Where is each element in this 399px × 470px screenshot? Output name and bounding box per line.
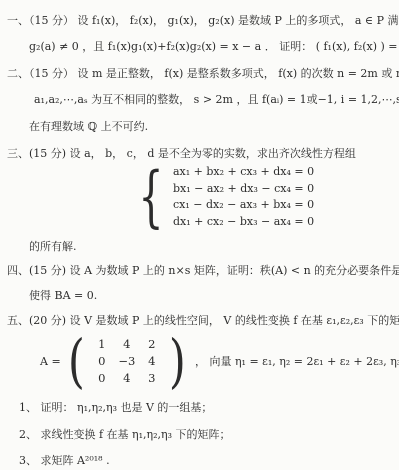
- problem-2-line-3: 在有理数域 ℚ 上不可约.: [29, 119, 148, 134]
- problem-5-subquestion-2: 2、 求线性变换 f 在基 η₁,η₂,η₃ 下的矩阵；: [19, 427, 231, 442]
- matrix-cell: 0: [89, 355, 114, 368]
- equation-list: ax₁ + bx₂ + cx₃ + dx₄ = 0 bx₁ − ax₂ + dx…: [173, 164, 314, 230]
- matrix-a: 1 4 2 0 −3 4 0 4 3: [89, 338, 164, 385]
- exam-document-page: 一、（15 分） 设 f₁(x)， f₂(x)， g₁(x)， g₂(x) 是数…: [0, 0, 399, 470]
- matrix-cell: 4: [139, 355, 164, 368]
- matrix-cell: 4: [114, 338, 139, 351]
- matrix-paren-right: ): [169, 332, 186, 390]
- matrix-paren-left: (: [68, 332, 85, 390]
- equation-3: cx₁ − dx₂ − ax₃ + bx₄ = 0: [173, 197, 314, 214]
- problem-3-line-1: 三、(15 分) 设 a， b， c， d 是不全为零的实数，求出齐次线性方程组: [7, 146, 356, 161]
- equation-1: ax₁ + bx₂ + cx₃ + dx₄ = 0: [173, 164, 314, 181]
- problem-5-line-1: 五、(20 分) 设 V 是数域 P 上的线性空间， V 的线性变换 f 在基 …: [7, 313, 399, 328]
- matrix-cell: 1: [89, 338, 114, 351]
- system-left-brace: {: [138, 164, 163, 230]
- matrix-lhs-label: A =: [40, 354, 61, 369]
- matrix-cell: 3: [139, 372, 164, 385]
- problem-5-subquestion-1: 1、 证明： η₁,η₂,η₃ 也是 V 的一组基；: [19, 400, 212, 415]
- problem-4-line-1: 四、(15 分) 设 A 为数域 P 上的 n×s 矩阵，证明：秩(A) < n…: [7, 263, 399, 278]
- matrix-cell: −3: [114, 355, 139, 368]
- problem-1-line-1: 一、（15 分） 设 f₁(x)， f₂(x)， g₁(x)， g₂(x) 是数…: [7, 13, 399, 28]
- problem-2-line-1: 二、（15 分） 设 m 是正整数， f(x) 是整系数多项式， f(x) 的次…: [7, 66, 399, 81]
- matrix-cell: 0: [89, 372, 114, 385]
- matrix-cell: 4: [114, 372, 139, 385]
- problem-5-subquestion-3: 3、 求矩阵 A²⁰¹⁸ .: [19, 453, 110, 468]
- matrix-definition-line: A = ( 1 4 2 0 −3 4 0 4 3 ) ， 向量 η₁ = ε₁,…: [40, 332, 399, 390]
- vector-definitions: ， 向量 η₁ = ε₁, η₂ = 2ε₁ + ε₂ + 2ε₃, η₃ = …: [195, 354, 399, 369]
- equation-4: dx₁ + cx₂ − bx₃ − ax₄ = 0: [173, 214, 314, 231]
- problem-2-line-2: a₁,a₂,⋯,aₛ 为互不相同的整数， s > 2m ，且 f(aᵢ) = 1…: [34, 92, 399, 107]
- problem-1-line-2: g₂(a) ≠ 0 ，且 f₁(x)g₁(x)+f₂(x)g₂(x) = x −…: [29, 39, 399, 54]
- equation-system: { ax₁ + bx₂ + cx₃ + dx₄ = 0 bx₁ − ax₂ + …: [130, 164, 314, 230]
- problem-3-line-2: 的所有解.: [29, 239, 77, 254]
- matrix-cell: 2: [139, 338, 164, 351]
- equation-2: bx₁ − ax₂ + dx₃ − cx₄ = 0: [173, 181, 314, 198]
- problem-4-line-2: 使得 BA = 0.: [29, 288, 97, 303]
